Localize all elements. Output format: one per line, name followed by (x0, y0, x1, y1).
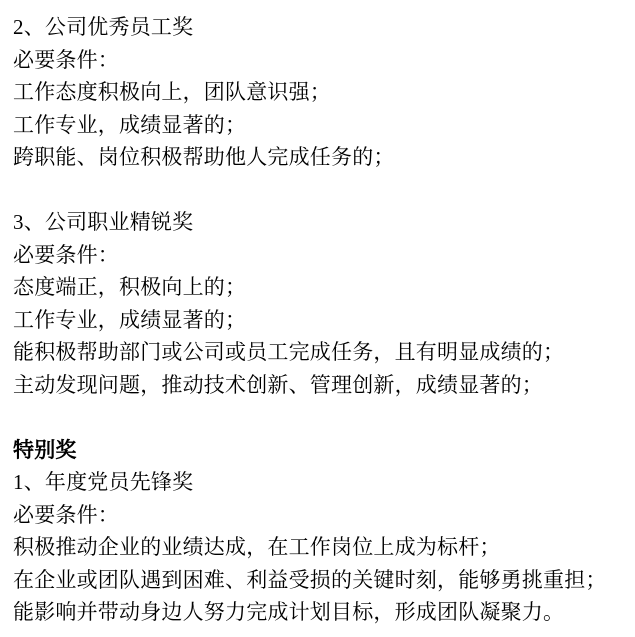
section-excellent-employee-award: 2、公司优秀员工奖 必要条件： 工作态度积极向上，团队意识强； 工作专业，成绩显… (13, 11, 627, 174)
section-professional-elite-award: 3、公司职业精锐奖 必要条件： 态度端正，积极向上的； 工作专业，成绩显著的； … (13, 206, 627, 401)
condition-label: 必要条件： (13, 499, 627, 532)
category-title: 特别奖 (13, 434, 627, 467)
document-page: 2、公司优秀员工奖 必要条件： 工作态度积极向上，团队意识强； 工作专业，成绩显… (0, 0, 635, 637)
condition-item: 主动发现问题，推动技术创新、管理创新，成绩显著的； (13, 369, 627, 402)
blank-line (13, 174, 627, 207)
section-special-award: 特别奖 1、年度党员先锋奖 必要条件： 积极推动企业的业绩达成，在工作岗位上成为… (13, 434, 627, 629)
condition-item: 积极推动企业的业绩达成，在工作岗位上成为标杆； (13, 531, 627, 564)
section-title: 2、公司优秀员工奖 (13, 11, 627, 44)
condition-item: 在企业或团队遇到困难、利益受损的关键时刻，能够勇挑重担； (13, 564, 627, 597)
condition-item: 能影响并带动身边人努力完成计划目标，形成团队凝聚力。 (13, 596, 627, 629)
section-title: 3、公司职业精锐奖 (13, 206, 627, 239)
condition-item: 态度端正，积极向上的； (13, 271, 627, 304)
condition-item: 工作专业，成绩显著的； (13, 109, 627, 142)
condition-label: 必要条件： (13, 44, 627, 77)
section-title: 1、年度党员先锋奖 (13, 466, 627, 499)
condition-item: 工作态度积极向上，团队意识强； (13, 76, 627, 109)
blank-line (13, 401, 627, 434)
condition-item: 能积极帮助部门或公司或员工完成任务，且有明显成绩的； (13, 336, 627, 369)
condition-item: 工作专业，成绩显著的； (13, 304, 627, 337)
condition-label: 必要条件： (13, 239, 627, 272)
condition-item: 跨职能、岗位积极帮助他人完成任务的； (13, 141, 627, 174)
